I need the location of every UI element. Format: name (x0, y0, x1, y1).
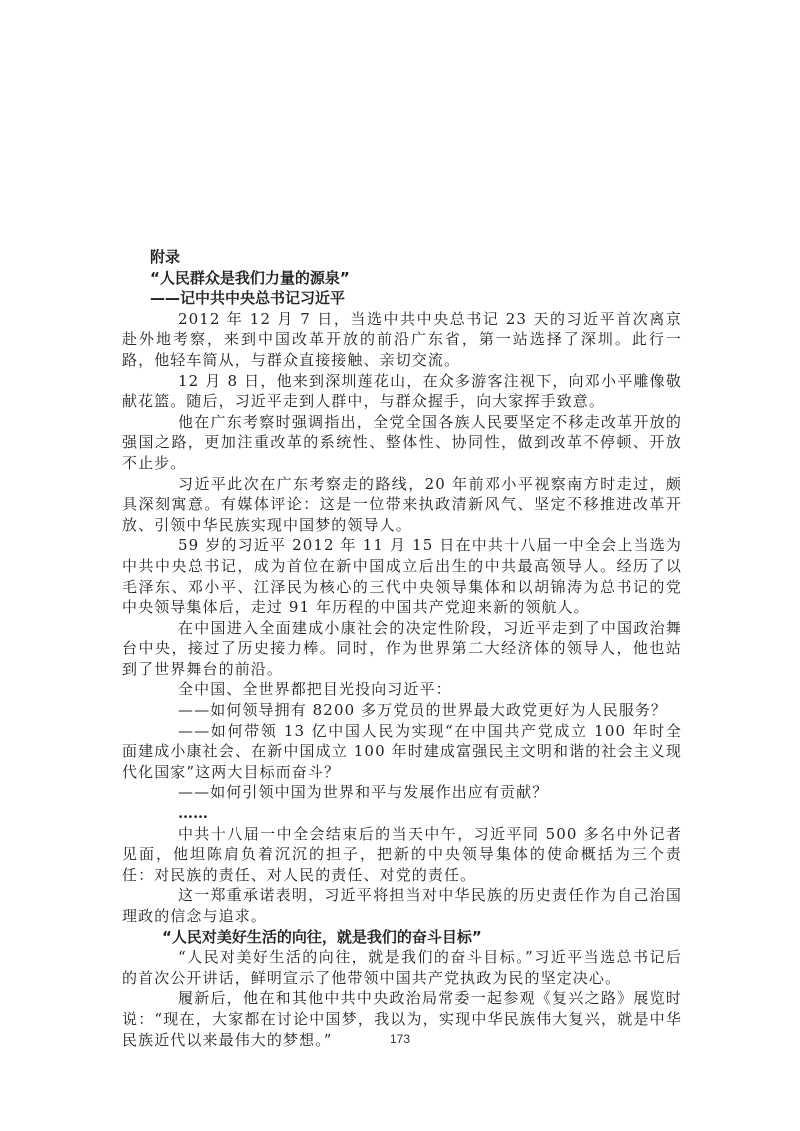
appendix-label: 附录 (122, 247, 682, 268)
paragraph: “人民对美好生活的向往，就是我们的奋斗目标。”习近平当选总书记后的首次公开讲话，… (122, 947, 682, 988)
paragraph: 中共十八届一中全会结束后的当天中午，习近平同 500 多名中外记者见面，他坦陈肩… (122, 824, 682, 886)
paragraph: 在中国进入全面建成小康社会的决定性阶段，习近平走到了中国政治舞台中央，接过了历史… (122, 618, 682, 680)
question-item: ——如何带领 13 亿中国人民为实现“在中国共产党成立 100 年时全面建成小康… (122, 721, 682, 783)
section-heading: “人民对美好生活的向往，就是我们的奋斗目标” (122, 927, 682, 948)
document-page: 附录 “人民群众是我们力量的源泉” ——记中共中央总书记习近平 2012 年 1… (0, 0, 800, 1131)
question-item: ——如何领导拥有 8200 多万党员的世界最大政党更好为人民服务？ (122, 700, 682, 721)
page-number: 173 (0, 1032, 800, 1046)
article-subtitle: ——记中共中央总书记习近平 (122, 288, 682, 309)
paragraph: 这一郑重承诺表明，习近平将担当对中华民族的历史责任作为自己治国理政的信念与追求。 (122, 885, 682, 926)
question-item: ——如何引领中国为世界和平与发展作出应有贡献？ (122, 782, 682, 803)
paragraph: 2012 年 12 月 7 日，当选中共中央总书记 23 天的习近平首次离京赴外… (122, 309, 682, 371)
paragraph: 他在广东考察时强调指出，全党全国各族人民要坚定不移走改革开放的强国之路，更加注重… (122, 412, 682, 474)
article-title: “人民群众是我们力量的源泉” (122, 268, 682, 289)
paragraph: 59 岁的习近平 2012 年 11 月 15 日在中共十八届一中全会上当选为中… (122, 535, 682, 617)
page-content: 附录 “人民群众是我们力量的源泉” ——记中共中央总书记习近平 2012 年 1… (122, 247, 682, 1050)
paragraph: 习近平此次在广东考察走的路线，20 年前邓小平视察南方时走过，颇具深刻寓意。有媒… (122, 474, 682, 536)
ellipsis: …… (122, 803, 682, 824)
paragraph: 全中国、全世界都把目光投向习近平： (122, 679, 682, 700)
paragraph: 12 月 8 日，他来到深圳莲花山，在众多游客注视下，向邓小平雕像敬献花篮。随后… (122, 371, 682, 412)
